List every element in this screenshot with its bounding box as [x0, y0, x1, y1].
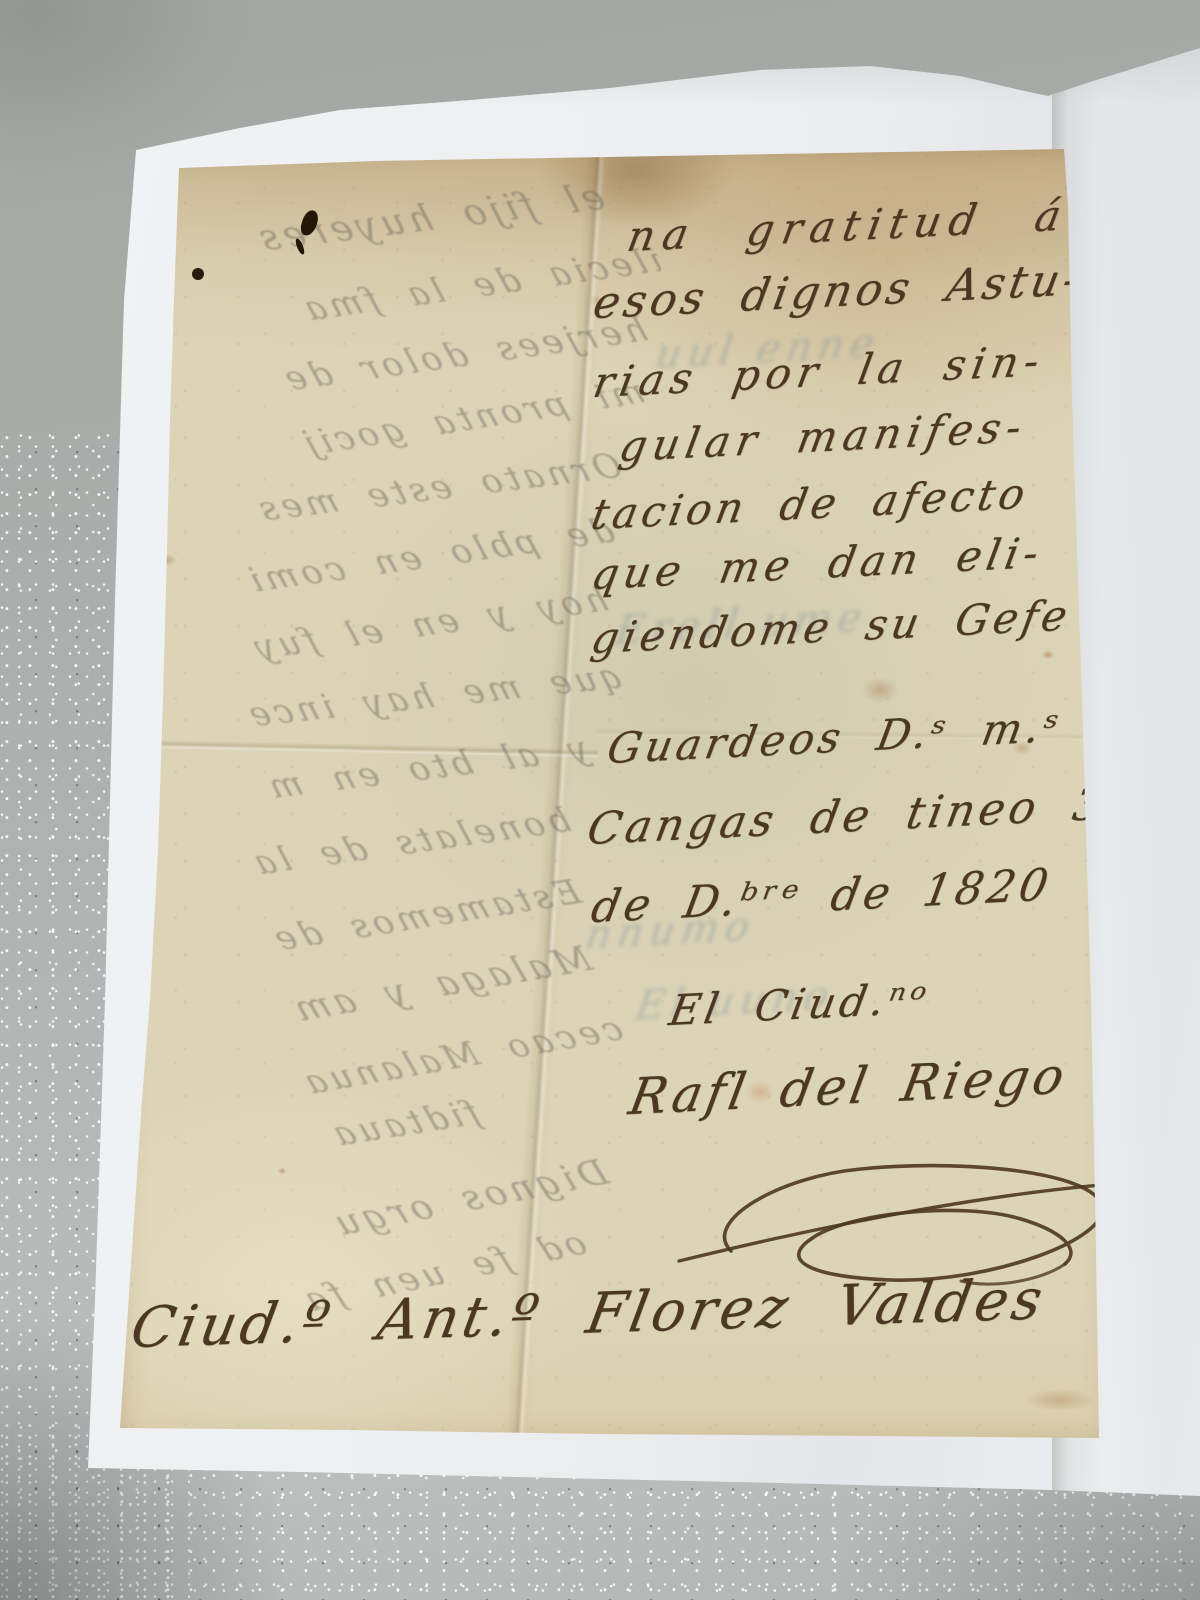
photo-of-letter: el fijo huyeres Idilecia de la fma la he…: [0, 0, 1200, 1600]
ghost-line: que me hay ince: [240, 657, 627, 736]
ink-blot-small: [192, 268, 204, 280]
ghost-line: fidtaua: [324, 1093, 485, 1155]
ghost-line: y al bto en m: [260, 729, 593, 807]
letter-paper: el fijo huyeres Idilecia de la fma la he…: [116, 146, 1116, 1446]
ghost-line: bonelats de la: [245, 800, 576, 883]
ghost-line: cecao Malanua: [296, 1009, 629, 1103]
ghost-line: Malaga y am: [285, 939, 597, 1031]
show-through-layer: el fijo huyeres Idilecia de la fma la he…: [116, 146, 661, 1446]
